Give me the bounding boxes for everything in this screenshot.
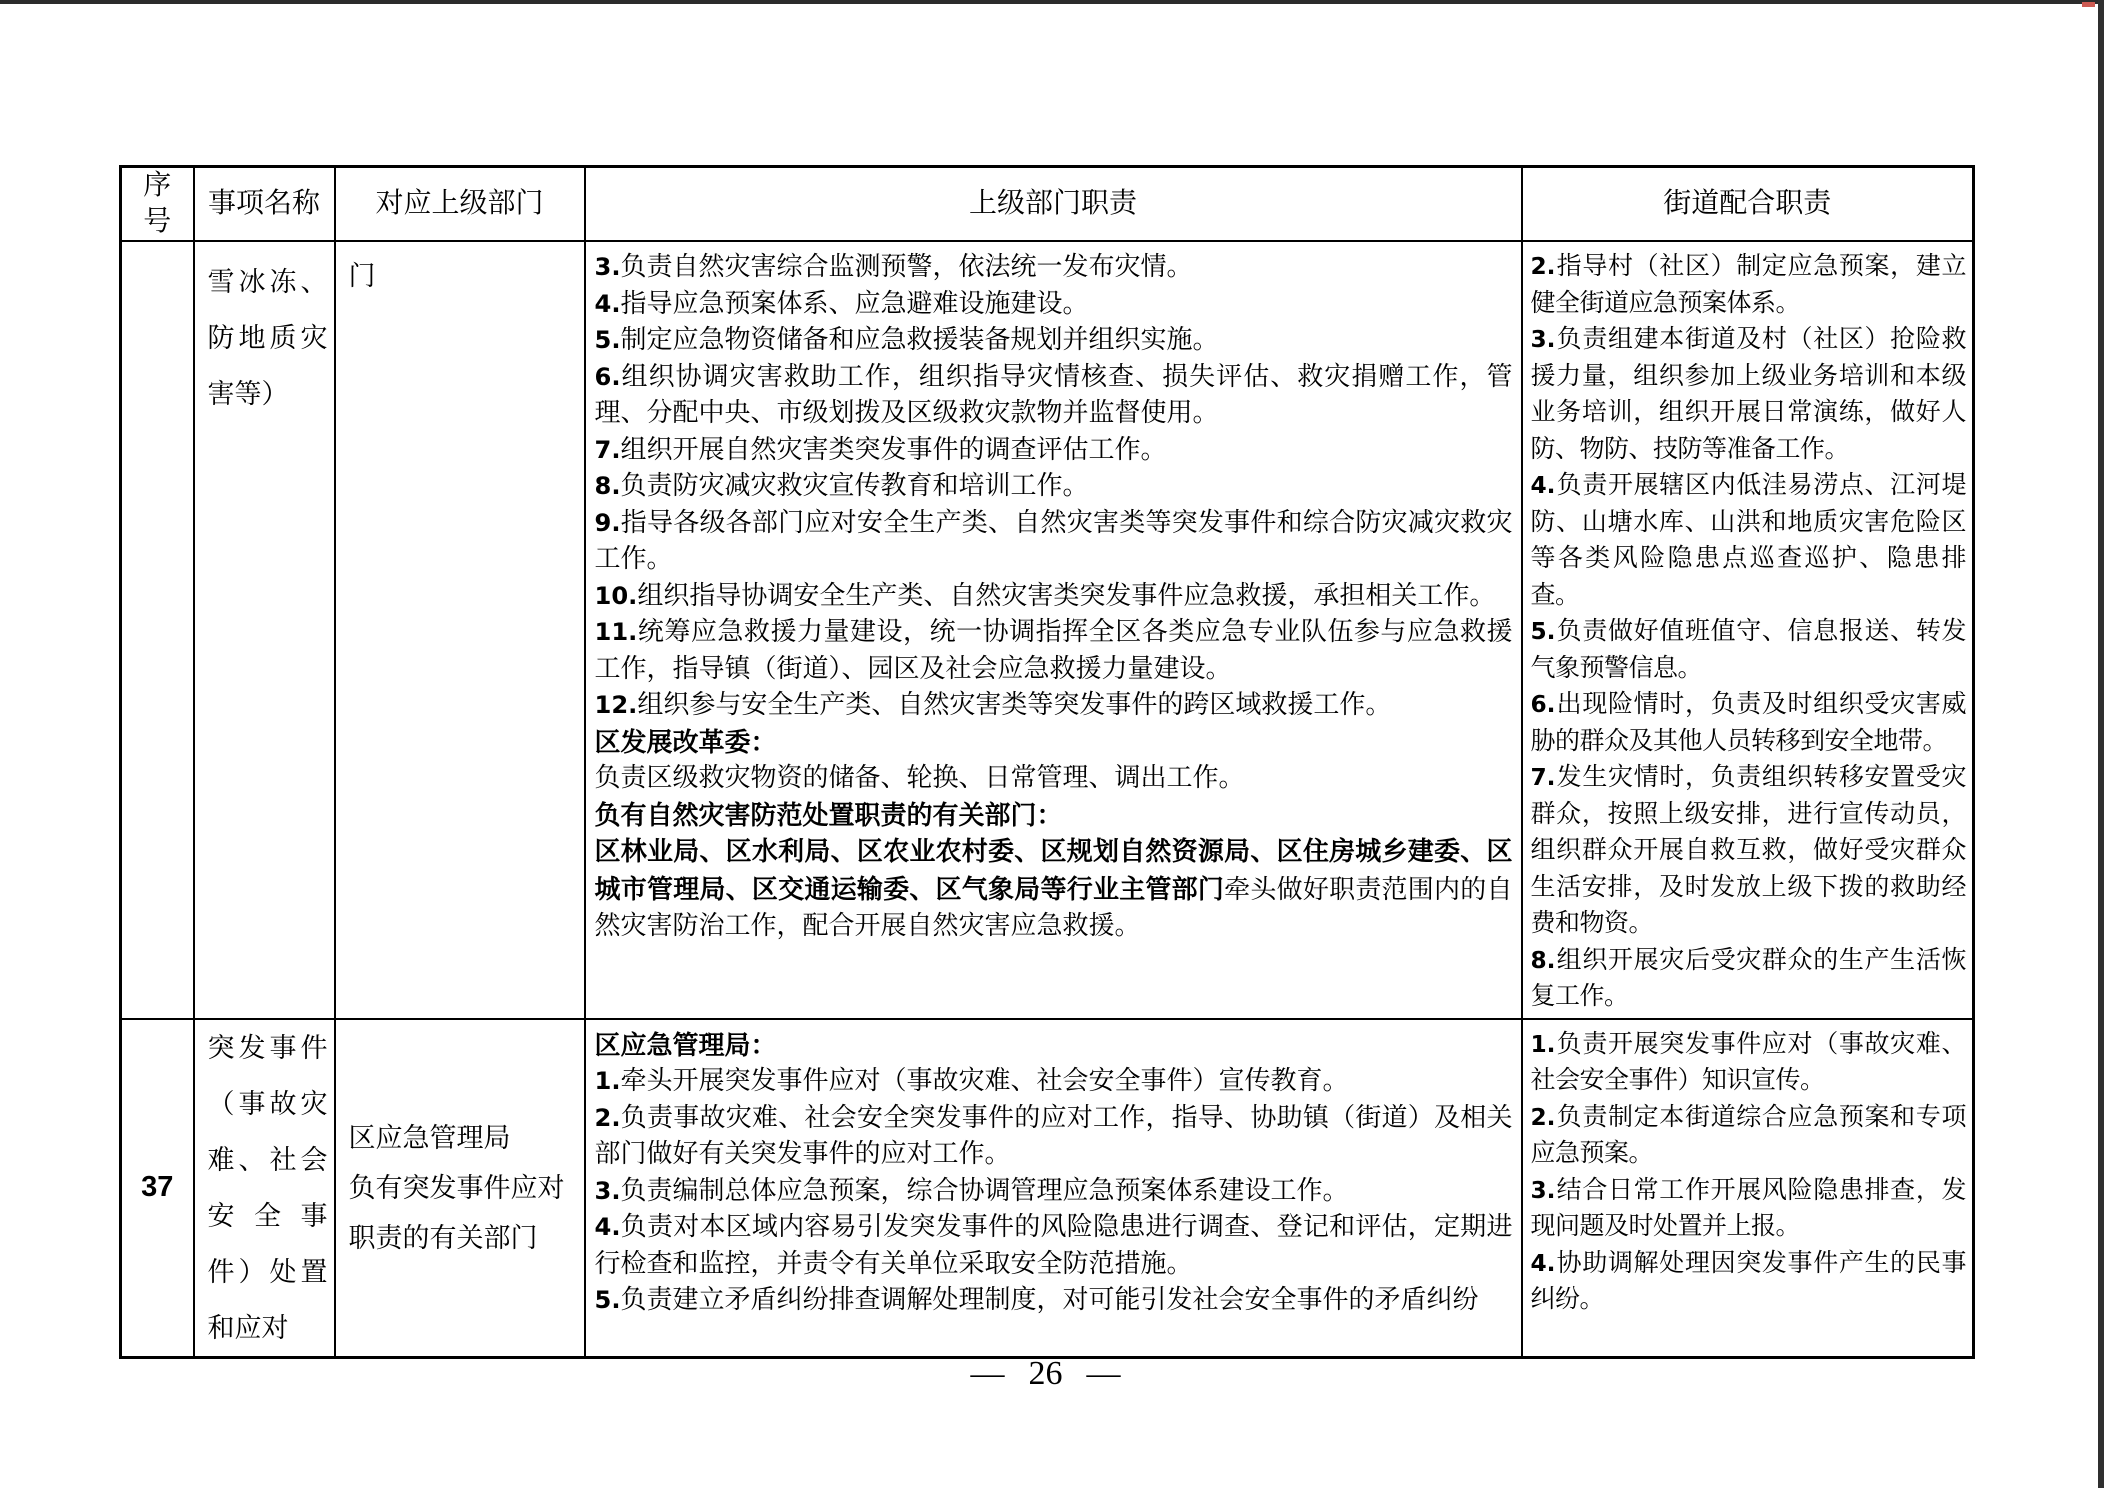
duty-number: 5. — [595, 1286, 621, 1314]
duty-item: 9.指导各级各部门应对安全生产类、自然灾害类等突发事件和综合防灾减灾救灾工作。 — [595, 505, 1513, 578]
table-row: 雪冰冻、防地质灾害等） 门 3.负责自然灾害综合监测预警，依法统一发布灾情。4.… — [121, 241, 1974, 1019]
duty-item: 1.负责开展突发事件应对（事故灾难、社会安全事件）知识宣传。 — [1531, 1027, 1967, 1100]
duty-item: 4.负责对本区域内容易引发突发事件的风险隐患进行调查、登记和评估，定期进行检查和… — [595, 1209, 1513, 1282]
duty-number: 4. — [595, 290, 621, 318]
duty-number: 3. — [595, 1177, 621, 1205]
duty-item: 3.负责编制总体应急预案，综合协调管理应急预案体系建设工作。 — [595, 1173, 1513, 1210]
duty-item: 2.负责事故灾难、社会安全突发事件的应对工作，指导、协助镇（街道）及相关部门做好… — [595, 1100, 1513, 1173]
cell-seq: 37 — [121, 1019, 194, 1358]
duty-number: 3. — [1531, 1177, 1556, 1204]
header-seq: 序 号 — [121, 167, 194, 242]
duty-item: 区发展改革委： — [595, 724, 1513, 761]
duty-number: 3. — [595, 253, 621, 281]
duty-item: 5.制定应急物资储备和应急救援装备规划并组织实施。 — [595, 322, 1513, 359]
duty-number: 8. — [1531, 947, 1556, 974]
responsibility-table: 序 号 事项名称 对应上级部门 上级部门职责 街道配合职责 雪冰冻、防地质灾害等… — [119, 165, 1975, 1359]
duty-item: 3.结合日常工作开展风险隐患排查，发现问题及时处置并上报。 — [1531, 1173, 1967, 1246]
duty-item: 负责区级救灾物资的储备、轮换、日常管理、调出工作。 — [595, 760, 1513, 797]
duty-number: 1. — [595, 1067, 621, 1095]
duty-number: 6. — [1531, 691, 1556, 718]
duty-number: 1. — [1531, 1031, 1556, 1058]
duty-number: 2. — [1531, 1104, 1556, 1131]
duty-item: 7.发生灾情时，负责组织转移安置受灾群众，按照上级安排，进行宣传动员，组织群众开… — [1531, 760, 1967, 943]
duty-number: 3. — [1531, 326, 1556, 353]
cell-seq — [121, 241, 194, 1019]
table-row: 37 突发事件（事故灾难、社会安全事件）处置和应对 区应急管理局 负有突发事件应… — [121, 1019, 1974, 1358]
header-street-duties: 街道配合职责 — [1522, 167, 1974, 242]
cell-street-duties: 2.指导村（社区）制定应急预案，建立健全街道应急预案体系。3.负责组建本街道及村… — [1522, 241, 1974, 1019]
duty-item: 11.统筹应急救援力量建设，统一协调指挥全区各类应急专业队伍参与应急救援工作，指… — [595, 614, 1513, 687]
duty-number: 12. — [595, 691, 638, 719]
duty-item: 2.负责制定本街道综合应急预案和专项应急预案。 — [1531, 1100, 1967, 1173]
header-superior-duties: 上级部门职责 — [585, 167, 1522, 242]
duty-item: 7.组织开展自然灾害类突发事件的调查评估工作。 — [595, 432, 1513, 469]
duty-item: 12.组织参与安全生产类、自然灾害类等突发事件的跨区域救援工作。 — [595, 687, 1513, 724]
duty-number: 5. — [1531, 618, 1556, 645]
duty-item: 6.出现险情时，负责及时组织受灾害威胁的群众及其他人员转移到安全地带。 — [1531, 687, 1967, 760]
duty-item: 2.指导村（社区）制定应急预案，建立健全街道应急预案体系。 — [1531, 249, 1967, 322]
footer-dash-right: — — [1087, 1355, 1121, 1392]
header-row: 序 号 事项名称 对应上级部门 上级部门职责 街道配合职责 — [121, 167, 1974, 242]
duty-item: 4.负责开展辖区内低洼易涝点、江河堤防、山塘水库、山洪和地质灾害危险区等各类风险… — [1531, 468, 1967, 614]
duty-item: 6.组织协调灾害救助工作，组织指导灾情核查、损失评估、救灾捐赠工作，管理、分配中… — [595, 359, 1513, 432]
cell-item-name: 雪冰冻、防地质灾害等） — [194, 241, 335, 1019]
duty-item: 10.组织指导协调安全生产类、自然灾害类突发事件应急救援，承担相关工作。 — [595, 578, 1513, 615]
duty-item: 区林业局、区水利局、区农业农村委、区规划自然资源局、区住房城乡建委、区城市管理局… — [595, 833, 1513, 945]
duty-item: 8.负责防灾减灾救灾宣传教育和培训工作。 — [595, 468, 1513, 505]
duty-number: 7. — [1531, 764, 1556, 791]
header-item-name: 事项名称 — [194, 167, 335, 242]
duty-item: 3.负责组建本街道及村（社区）抢险救援力量，组织参加上级业务培训和本级业务培训，… — [1531, 322, 1967, 468]
page-number: 26 — [1029, 1355, 1063, 1392]
duty-number: 9. — [595, 509, 621, 537]
duty-item: 5.负责建立矛盾纠纷排查调解处理制度，对可能引发社会安全事件的矛盾纠纷 — [595, 1282, 1513, 1319]
header-superior-dept: 对应上级部门 — [335, 167, 585, 242]
window-right-edge — [2098, 0, 2104, 1488]
duty-number: 4. — [1531, 472, 1556, 499]
cell-superior-duties: 3.负责自然灾害综合监测预警，依法统一发布灾情。4.指导应急预案体系、应急避难设… — [585, 241, 1522, 1019]
cell-street-duties: 1.负责开展突发事件应对（事故灾难、社会安全事件）知识宣传。2.负责制定本街道综… — [1522, 1019, 1974, 1358]
duty-item: 4.协助调解处理因突发事件产生的民事纠纷。 — [1531, 1246, 1967, 1319]
cell-superior-dept: 区应急管理局 负有突发事件应对职责的有关部门 — [335, 1019, 585, 1358]
duty-item: 8.组织开展灾后受灾群众的生产生活恢复工作。 — [1531, 943, 1967, 1016]
duty-item: 4.指导应急预案体系、应急避难设施建设。 — [595, 286, 1513, 323]
duty-item: 区应急管理局： — [595, 1027, 1513, 1064]
duty-number: 2. — [1531, 253, 1556, 280]
window-top-edge — [0, 0, 2104, 4]
duty-number: 2. — [595, 1104, 621, 1132]
document-page: 序 号 事项名称 对应上级部门 上级部门职责 街道配合职责 雪冰冻、防地质灾害等… — [0, 0, 2104, 1488]
cell-superior-dept: 门 — [335, 241, 585, 1019]
duty-item: 3.负责自然灾害综合监测预警，依法统一发布灾情。 — [595, 249, 1513, 286]
page-footer: —26— — [119, 1352, 1972, 1396]
duty-number: 10. — [595, 582, 638, 610]
footer-dash-left: — — [971, 1355, 1005, 1392]
duty-number: 4. — [595, 1213, 621, 1241]
cell-item-name: 突发事件（事故灾难、社会安全事件）处置和应对 — [194, 1019, 335, 1358]
duty-number: 11. — [595, 618, 638, 646]
duty-item: 5.负责做好值班值守、信息报送、转发气象预警信息。 — [1531, 614, 1967, 687]
duty-number: 6. — [595, 363, 621, 391]
duty-number: 8. — [595, 472, 621, 500]
duty-number: 5. — [595, 326, 621, 354]
cell-superior-duties: 区应急管理局：1.牵头开展突发事件应对（事故灾难、社会安全事件）宣传教育。2.负… — [585, 1019, 1522, 1358]
duty-number: 4. — [1531, 1250, 1556, 1277]
corner-red-mark — [2082, 2, 2095, 7]
duty-item: 1.牵头开展突发事件应对（事故灾难、社会安全事件）宣传教育。 — [595, 1063, 1513, 1100]
duty-number: 7. — [595, 436, 621, 464]
duty-item: 负有自然灾害防范处置职责的有关部门： — [595, 797, 1513, 834]
